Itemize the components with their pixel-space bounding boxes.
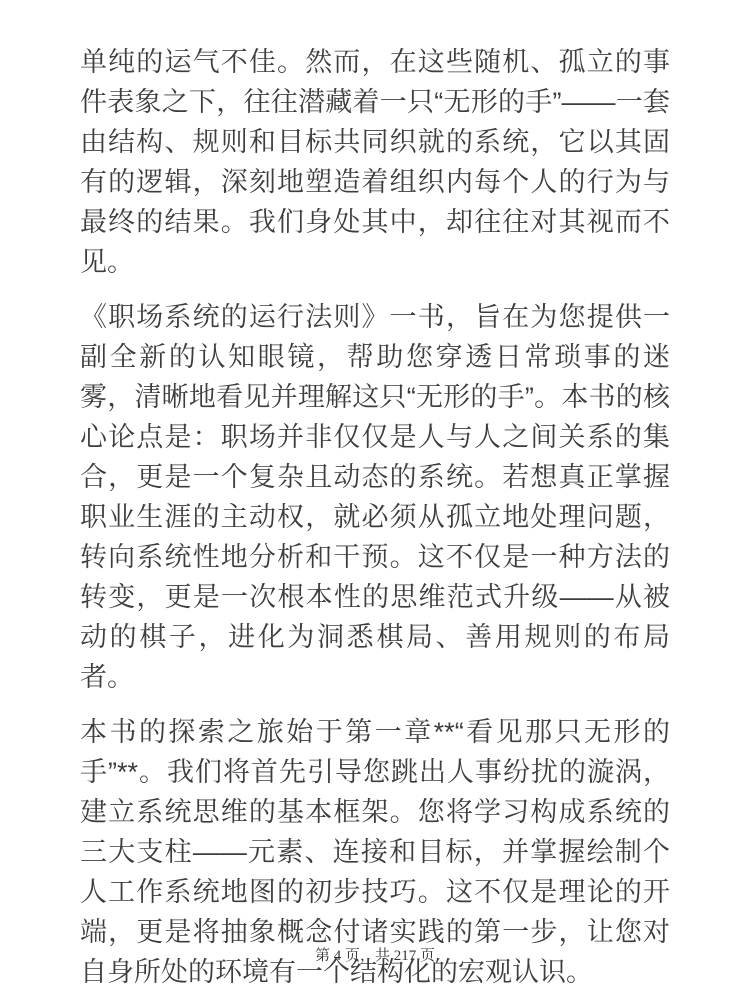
page-number-indicator: 第 4 页，共 217 页 [0,946,750,966]
document-page: 单纯的运气不佳。然而，在这些随机、孤立的事件表象之下，往往潜藏着一只“无形的手”… [0,0,750,1000]
paragraph-1: 单纯的运气不佳。然而，在这些随机、孤立的事件表象之下，往往潜藏着一只“无形的手”… [80,42,670,282]
paragraph-2: 《职场系统的运行法则》一书，旨在为您提供一副全新的认知眼镜，帮助您穿透日常琐事的… [80,297,670,697]
page-body-text: 单纯的运气不佳。然而，在这些随机、孤立的事件表象之下，往往潜藏着一只“无形的手”… [80,42,670,1000]
